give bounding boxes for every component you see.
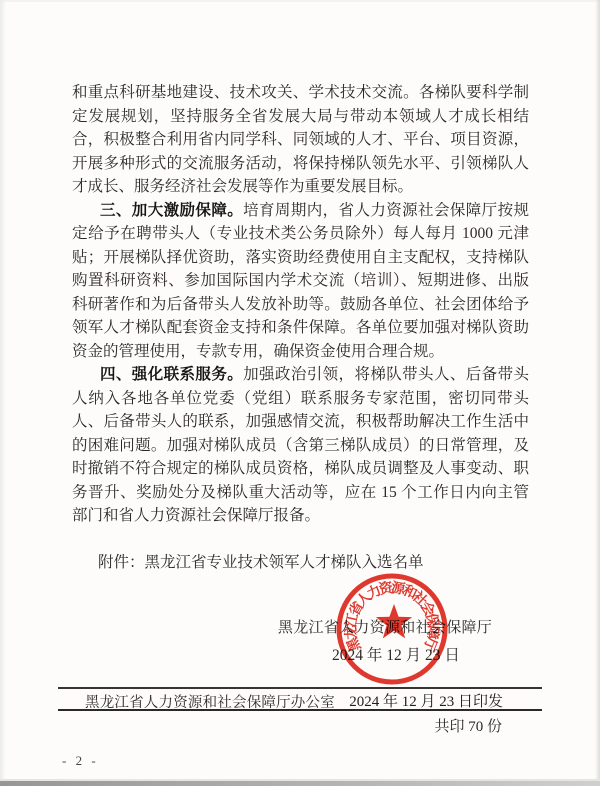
page-edge-left <box>0 0 6 786</box>
footer-copies: 共印 70 份 <box>434 715 502 736</box>
paragraph-section-3: 三、加大激励保障。培育周期内，省人力资源社会保障厅按规定给予在聘带头人（专业技术… <box>72 199 529 364</box>
official-seal: 黑龙江省人力资源和社会保障厅 <box>334 571 450 687</box>
paragraph-continuation: 和重点科研基地建设、技术攻关、学术技术交流。各梯队要科学制定发展规划，坚持服务全… <box>72 81 529 199</box>
paragraph-section-4: 四、强化联系服务。加强政治引领，将梯队带头人、后备带头人纳入各地各单位党委（党组… <box>72 363 529 528</box>
document-page: 和重点科研基地建设、技术攻关、学术技术交流。各梯队要科学制定发展规划，坚持服务全… <box>0 0 600 786</box>
page-edge-top <box>0 0 600 2</box>
footer-rule-bottom <box>58 709 542 711</box>
document-body: 和重点科研基地建设、技术攻关、学术技术交流。各梯队要科学制定发展规划，坚持服务全… <box>72 81 529 574</box>
attachment-line: 附件：黑龙江省专业技术领军人才梯队入选名单 <box>72 551 529 575</box>
seal-star-icon <box>376 604 412 638</box>
footer-print-date: 2024 年 12 月 23 日印发 <box>349 690 503 711</box>
paragraph-text: 加强政治引领，将梯队带头人、后备带头人纳入各地各单位党委（党组）联系服务专家范围… <box>72 366 529 524</box>
page-number: - 2 - <box>62 753 99 769</box>
paragraph-lead: 三、加大激励保障。 <box>100 202 243 219</box>
page-edge-bottom <box>0 781 600 786</box>
paragraph-lead: 四、强化联系服务。 <box>100 366 243 383</box>
paragraph-text: 和重点科研基地建设、技术攻关、学术技术交流。各梯队要科学制定发展规划，坚持服务全… <box>72 84 529 195</box>
paragraph-text: 培育周期内，省人力资源社会保障厅按规定给予在聘带头人（专业技术类公务员除外）每人… <box>72 202 529 360</box>
page-edge-right <box>595 0 600 786</box>
footer-rule-top <box>58 687 542 689</box>
